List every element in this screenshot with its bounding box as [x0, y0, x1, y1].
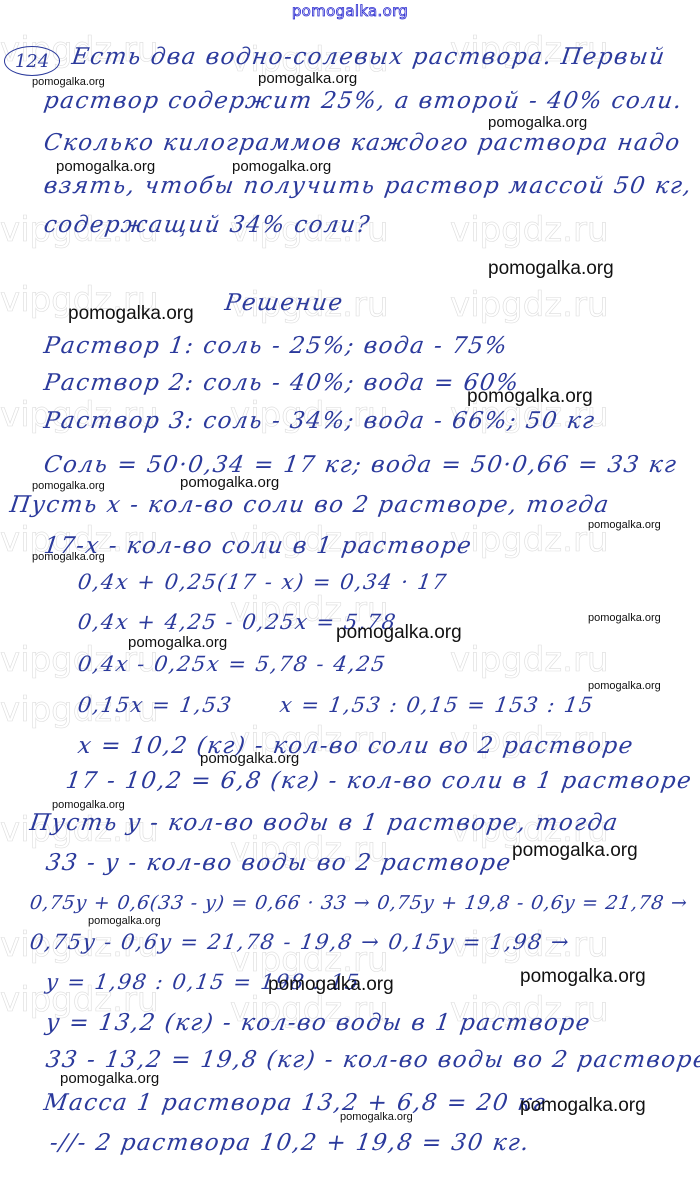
solution-line: Раствор 1: соль - 25%; вода - 75% — [42, 333, 510, 359]
solution-line: 33 - y - кол-во воды во 2 растворе — [44, 850, 513, 876]
condition-line: раствор содержит 25%, а второй - 40% сол… — [42, 88, 684, 114]
solution-line: Масса 1 раствора 13,2 + 6,8 = 20 кг — [42, 1090, 548, 1116]
background-watermark: vipgdz.ru — [450, 210, 609, 250]
overlay-watermark: pomogalka.org — [520, 1095, 646, 1117]
overlay-watermark: pomogalka.org — [520, 966, 646, 988]
solution-title: Решение — [223, 290, 345, 316]
solution-line: 0,4x + 0,25(17 - x) = 0,34 · 17 — [76, 570, 449, 594]
overlay-watermark: pomogalka.org — [467, 386, 593, 408]
solution-line: Соль = 50·0,34 = 17 кг; вода = 50·0,66 =… — [42, 452, 679, 478]
overlay-watermark: pomogalka.org — [32, 480, 105, 492]
overlay-watermark: pomogalka.org — [128, 634, 227, 651]
solution-line: y = 13,2 (кг) - кол-во воды в 1 растворе — [44, 1010, 592, 1036]
condition-line: содержащий 34% соли? — [42, 212, 372, 238]
header-watermark: pomogalka.org — [0, 2, 700, 20]
overlay-watermark: pomogalka.org — [588, 680, 661, 692]
solution-line: Пусть x - кол-во соли во 2 растворе, тог… — [8, 492, 611, 518]
task-number-badge: 124 — [4, 46, 60, 76]
overlay-watermark: pomogalka.org — [180, 474, 279, 491]
solution-line: -//- 2 раствора 10,2 + 19,8 = 30 кг. — [48, 1130, 532, 1156]
overlay-watermark: pomogalka.org — [488, 258, 614, 280]
solution-line: 17-x - кол-во соли в 1 растворе — [42, 533, 474, 559]
background-watermark: vipgdz.ru — [450, 285, 609, 325]
overlay-watermark: pomogalka.org — [60, 1070, 159, 1087]
solution-line: 17 - 10,2 = 6,8 (кг) - кол-во соли в 1 р… — [64, 768, 694, 794]
overlay-watermark: pomogalka.org — [488, 114, 587, 131]
condition-line: взять, чтобы получить раствор массой 50 … — [42, 173, 694, 199]
solution-line: x = 1,53 : 0,15 = 153 : 15 — [278, 693, 595, 717]
overlay-watermark: pomogalka.org — [268, 974, 394, 996]
solution-line: 0,4x - 0,25x = 5,78 - 4,25 — [76, 652, 388, 676]
overlay-watermark: pomogalka.org — [588, 519, 661, 531]
overlay-watermark: pomogalka.org — [88, 915, 161, 927]
overlay-watermark: pomogalka.org — [200, 750, 299, 767]
overlay-watermark: pomogalka.org — [52, 799, 125, 811]
overlay-watermark: pomogalka.org — [340, 1111, 413, 1123]
overlay-watermark: pomogalka.org — [32, 76, 105, 88]
solution-line: x = 10,2 (кг) - кол-во соли во 2 раствор… — [76, 733, 635, 759]
solution-line: Раствор 2: соль - 40%; вода = 60% — [42, 370, 521, 396]
solution-line: Раствор 3: соль - 34%; вода - 66%; 50 кг — [42, 408, 597, 434]
overlay-watermark: pomogalka.org — [336, 622, 462, 644]
background-watermark: vipgdz.ru — [450, 640, 609, 680]
overlay-watermark: pomogalka.org — [258, 70, 357, 87]
solution-line: Пусть y - кол-во воды в 1 растворе, тогд… — [28, 810, 620, 836]
overlay-watermark: pomogalka.org — [32, 551, 105, 563]
overlay-watermark: pomogalka.org — [56, 158, 155, 175]
solution-line: 0,75y + 0,6(33 - y) = 0,66 · 33 → 0,75y … — [28, 892, 689, 914]
condition-line: Сколько килограммов каждого раствора над… — [42, 130, 682, 156]
overlay-watermark: pomogalka.org — [68, 303, 194, 325]
overlay-watermark: pomogalka.org — [232, 158, 331, 175]
solution-line: 0,75y - 0,6y = 21,78 - 19,8 → 0,15y = 1,… — [28, 930, 572, 954]
background-watermark: vipgdz.ru — [450, 520, 609, 560]
condition-line: Есть два водно-солевых раствора. Первый — [70, 44, 667, 70]
solution-line: 0,15x = 1,53 — [76, 693, 234, 717]
overlay-watermark: pomogalka.org — [512, 840, 638, 862]
overlay-watermark: pomogalka.org — [588, 612, 661, 624]
